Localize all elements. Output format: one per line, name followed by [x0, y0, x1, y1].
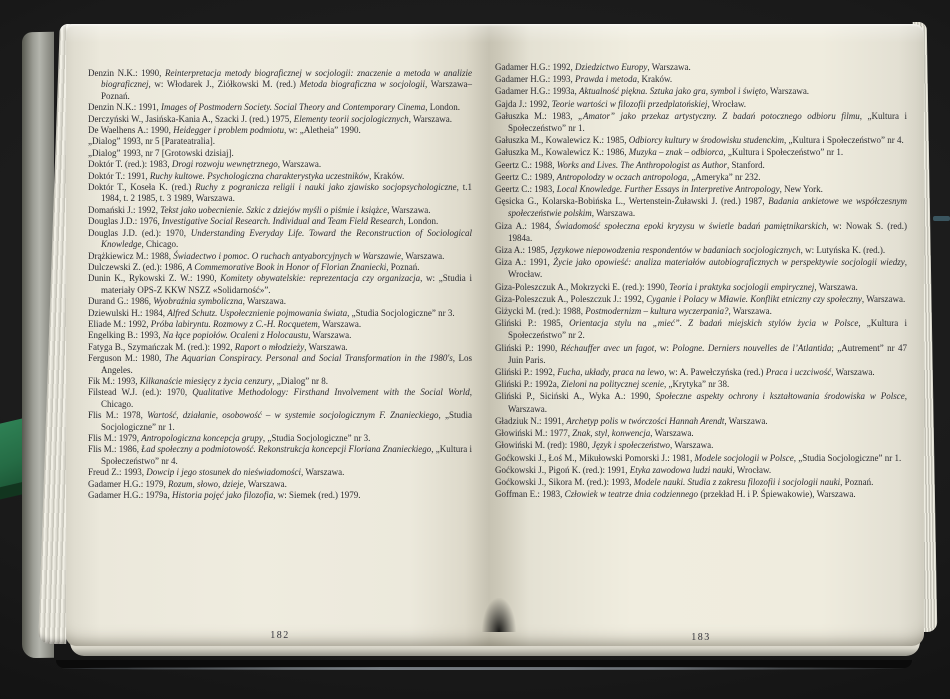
entry-title-italic: Społeczne aspekty ochrony i kształtowani…	[656, 391, 905, 401]
entry-text: Domański J.: 1992,	[88, 205, 160, 215]
entry-title-italic: Antropolodzy w oczach antropologa	[557, 172, 687, 182]
entry-text: Denzin N.K.: 1990,	[88, 68, 165, 78]
page-number-left: 182	[88, 630, 472, 641]
entry-text: Dulczewski Z. (ed.): 1986,	[88, 262, 187, 272]
entry-text: Geertz C.: 1988,	[495, 160, 557, 170]
entry-title-italic: Local Knowledge. Further Essays in Inter…	[557, 184, 780, 194]
entry-text: Freud Z.: 1993,	[88, 467, 146, 477]
entry-text: , w: Siemek (red.) 1979.	[273, 490, 360, 500]
entry-text: , Warszawa.	[318, 319, 361, 329]
entry-text: , Warszawa.	[409, 114, 452, 124]
bibliography-entry: Doktór T. (red.): 1983, Drogi rozwoju we…	[88, 159, 472, 170]
entry-text: , Warszawa.	[243, 479, 286, 489]
entry-text: , Warszawa.	[766, 86, 809, 96]
entry-text: , „Kultura i Społeczeństwo” nr 4.	[784, 135, 904, 145]
entry-text: , w: A. Pawełczyńska (red.)	[664, 367, 765, 377]
entry-title-italic: The Aquarian Conspiracy. Personal and So…	[165, 353, 453, 363]
entry-text: , Warszawa.	[862, 294, 905, 304]
bibliography-entry: Denzin N.K.: 1990, Reinterpretacja metod…	[88, 68, 472, 102]
entry-text: , Warszawa.	[301, 467, 344, 477]
entry-title-italic: Kilkanaście miesięcy z życia cenzury	[140, 376, 272, 386]
bibliography-entry: Gadamer H.G.: 1992, Dziedzictwo Europy, …	[495, 61, 907, 73]
bibliography-entry: Giza-Poleszczuk A., Poleszczuk J.: 1992,…	[495, 293, 907, 305]
entry-text: Douglas J.D.: 1976,	[88, 216, 162, 226]
entry-text: Gliński P.: 1985,	[495, 318, 569, 328]
bibliography-entry: Gadamer H.G.: 1993, Prawda i metoda, Kra…	[495, 73, 907, 85]
entry-title-italic: Antropologiczna koncepcja grupy	[141, 433, 263, 443]
bibliography-entry: Goćkowski J., Łoś M., Mikułowski Pomorsk…	[495, 452, 907, 464]
entry-text: , „Ameryka” nr 232.	[687, 172, 761, 182]
entry-title-italic: Pologne. Derniers nouvelles de l’Atlanti…	[672, 343, 831, 353]
entry-text: Goćkowski J., Pigoń K. (red.): 1991,	[495, 465, 630, 475]
bibliography-entry: Eliade M.: 1992, Próba labiryntu. Rozmow…	[88, 319, 472, 330]
book-gutter-shadow	[482, 598, 516, 632]
entry-title-italic: Teorie wartości w filozofii przedplatońs…	[552, 99, 708, 109]
entry-text: , Warszawa.	[387, 205, 430, 215]
bibliography-entry: Giżycki M. (red.): 1988, Postmodernizm –…	[495, 305, 907, 317]
entry-text: , Kraków.	[369, 171, 404, 181]
bibliography-entry: Gadamer H.G.: 1979, Rozum, słowo, dzieje…	[88, 479, 472, 490]
entry-title-italic: Aktualność piękna. Sztuka jako gra, symb…	[579, 86, 766, 96]
entry-text: , Poznań.	[840, 477, 873, 487]
entry-text: Giza A.: 1991,	[495, 257, 553, 267]
entry-text: Gałuszka M.: 1983,	[495, 111, 578, 121]
photo-background: Denzin N.K.: 1990, Reinterpretacja metod…	[0, 0, 950, 699]
bibliography-entry: Goćkowski J., Pigoń K. (red.): 1991, Ety…	[495, 464, 907, 476]
bibliography-entry: Giza-Poleszczuk A., Mokrzycki E. (red.):…	[495, 281, 907, 293]
bibliography-entry: Goćkowski J., Sikora M. (red.): 1993, Mo…	[495, 476, 907, 488]
entry-text: Gładziuk N.: 1991,	[495, 416, 566, 426]
entry-text: Durand G.: 1986,	[88, 296, 153, 306]
entry-text: , Warszawa.	[243, 296, 286, 306]
bibliography-entry: Gadamer H.G.: 1979a, Historia pojęć jako…	[88, 490, 472, 501]
entry-text: Gadamer H.G.: 1979,	[88, 479, 168, 489]
entry-text: Engelking B.: 1993,	[88, 330, 163, 340]
bibliography-entry: Gliński P., Siciński A., Wyka A.: 1990, …	[495, 390, 907, 414]
bibliography-list-left-page: Denzin N.K.: 1990, Reinterpretacja metod…	[88, 68, 472, 501]
entry-title-italic: Modele nauki. Studia z zakresu filozofii…	[634, 477, 840, 487]
entry-text: Drążkiewicz M.: 1988,	[88, 251, 173, 261]
entry-text: Flis M.: 1979,	[88, 433, 141, 443]
entry-title-italic: Qualitative Methodology: Firsthand Invol…	[192, 387, 469, 397]
entry-text: , Warszawa.	[592, 208, 635, 218]
entry-title-italic: Cyganie i Polacy w Mławie. Konflikt etni…	[646, 294, 862, 304]
entry-text: Gęsicka G., Kolarska-Bobińska L., Werten…	[495, 196, 768, 206]
entry-text: Eliade M.: 1992,	[88, 319, 151, 329]
entry-text: Gałuszka M., Kowalewicz K.: 1985,	[495, 135, 629, 145]
entry-title-italic: Teoria i praktyka socjologii empirycznej	[669, 282, 814, 292]
entry-title-italic: Orientacja stylu na „mieć”. Z badań miej…	[569, 318, 858, 328]
bibliography-entry: Fik M.: 1993, Kilkanaście miesięcy z życ…	[88, 376, 472, 387]
bibliography-entry: De Waelhens A.: 1990, Heidegger i proble…	[88, 125, 472, 136]
bibliography-entry: Drążkiewicz M.: 1988, Świadectwo i pomoc…	[88, 251, 472, 262]
entry-title-italic: Ruchy z pogranicza religii i nauki jako …	[195, 182, 457, 192]
bibliography-entry: Dziewulski H.: 1984, Alfred Schutz. Uspo…	[88, 308, 472, 319]
bibliography-entry: Głowiński M.: 1977, Znak, styl, konwencj…	[495, 427, 907, 439]
entry-text: Giza-Poleszczuk A., Mokrzycki E. (red.):…	[495, 282, 669, 292]
entry-title-italic: Réchauffer avec un fagot	[561, 343, 655, 353]
bibliography-entry: „Dialog” 1993, nr 7 [Grotowski dzisiaj].	[88, 148, 472, 159]
entry-text: , w: Lutyńska K. (red.).	[801, 245, 885, 255]
entry-title-italic: Images of Postmodern Society. Social The…	[161, 102, 425, 112]
bibliography-entry: Engelking B.: 1993, Na łące popiołów. Oc…	[88, 330, 472, 341]
bibliography-entry: Gładziuk N.: 1991, Archetyp polis w twór…	[495, 415, 907, 427]
entry-title-italic: Archetyp polis w twórczości Hannah Arend…	[566, 416, 724, 426]
entry-text: Gliński P.: 1992a,	[495, 379, 561, 389]
entry-text: , w: „Aletheia” 1990.	[284, 125, 361, 135]
entry-title-italic: Językowe niepowodzenia respondentów w ba…	[550, 245, 801, 255]
entry-text: (przekład H. i P. Śpiewakowie), Warszawa…	[698, 489, 856, 499]
entry-text: Gadamer H.G.: 1979a,	[88, 490, 172, 500]
bibliography-entry: Geertz C.: 1983, Local Knowledge. Furthe…	[495, 183, 907, 195]
entry-title-italic: Drogi rozwoju wewnętrznego	[172, 159, 278, 169]
entry-text: Doktór T.: 1991,	[88, 171, 150, 181]
entry-title-italic: Praca i uczciwość	[766, 367, 832, 377]
bibliography-entry: Doktór T., Koseła K. (red.) Ruchy z pogr…	[88, 182, 472, 205]
entry-text: , Warszawa.	[308, 330, 351, 340]
entry-text: Gliński P.: 1992,	[495, 367, 557, 377]
entry-text: Giza A.: 1984,	[495, 221, 555, 231]
bibliography-entry: Giza A.: 1985, Językowe niepowodzenia re…	[495, 244, 907, 256]
entry-title-italic: Dziedzictwo Europy	[575, 62, 647, 72]
bibliography-entry: Douglas J.D. (ed.): 1970, Understanding …	[88, 228, 472, 251]
entry-text: Ferguson M.: 1980,	[88, 353, 165, 363]
entry-title-italic: Alfred Schutz. Uspołecznienie pojmowania…	[167, 308, 347, 318]
entry-text: Goćkowski J., Łoś M., Mikułowski Pomorsk…	[495, 453, 695, 463]
open-book: Denzin N.K.: 1990, Reinterpretacja metod…	[22, 16, 934, 670]
bibliography-entry: Geertz C.: 1988, Works and Lives. The An…	[495, 159, 907, 171]
entry-title-italic: A Commemorative Book in Honor of Florian…	[187, 262, 387, 272]
bibliography-entry: Gęsicka G., Kolarska-Bobińska L., Werten…	[495, 195, 907, 219]
entry-title-italic: Modele socjologii w Polsce	[695, 453, 794, 463]
entry-title-italic: „Amator” jako przekaz artystyczny. Z bad…	[578, 111, 860, 121]
bibliography-entry: Dulczewski Z. (ed.): 1986, A Commemorati…	[88, 262, 472, 273]
entry-text: Geertz C.: 1989,	[495, 172, 557, 182]
entry-title-italic: Życie jako opowieść: analiza materiałów …	[553, 257, 905, 267]
entry-title-italic: Elementy teorii socjologicznych	[294, 114, 409, 124]
entry-text: Geertz C.: 1983,	[495, 184, 557, 194]
entry-title-italic: Raport o młodzieży	[235, 342, 305, 352]
bibliography-entry: Gliński P.: 1992a, Zieloni na polityczne…	[495, 378, 907, 390]
bibliography-entry: Ferguson M.: 1980, The Aquarian Conspira…	[88, 353, 472, 376]
entry-title-italic: Etyka zawodowa ludzi nauki	[630, 465, 733, 475]
entry-text: Gajda J.: 1992,	[495, 99, 552, 109]
entry-text: Doktór T., Koseła K. (red.)	[88, 182, 195, 192]
entry-text: , Kraków.	[637, 74, 672, 84]
bibliography-entry: Gliński P.: 1985, Orientacja stylu na „m…	[495, 317, 907, 341]
entry-title-italic: Investigative Social Research. Individua…	[162, 216, 403, 226]
bibliography-entry: Gałuszka M., Kowalewicz K.: 1986, Muzyka…	[495, 146, 907, 158]
bibliography-entry: Domański J.: 1992, Tekst jako uobecnieni…	[88, 205, 472, 216]
page-number-right: 183	[495, 632, 907, 643]
entry-title-italic: Próba labiryntu. Rozmowy z C.-H. Rocquet…	[151, 319, 318, 329]
entry-text: , Warszawa.	[831, 367, 874, 377]
entry-title-italic: Muzyka – znak – odbiorca	[629, 147, 724, 157]
entry-text: , Warszawa.	[728, 306, 771, 316]
entry-text: , Warszawa.	[401, 251, 444, 261]
bibliography-entry: Douglas J.D.: 1976, Investigative Social…	[88, 216, 472, 227]
entry-text: Goćkowski J., Sikora M. (red.): 1993,	[495, 477, 634, 487]
entry-title-italic: Komitety obywatelskie: reprezentacja czy…	[220, 273, 420, 283]
bibliography-entry: Gajda J.: 1992, Teorie wartości w filozo…	[495, 98, 907, 110]
entry-title-italic: Prawda i metoda	[575, 74, 637, 84]
entry-text: Dziewulski H.: 1984,	[88, 308, 167, 318]
entry-title-italic: Człowiek w teatrze dnia codziennego	[565, 489, 698, 499]
entry-title-italic: Na łące popiołów. Ocaleni z Holocaustu	[163, 330, 308, 340]
bibliography-entry: Dunin K., Rykowski Z. W.: 1990, Komitety…	[88, 273, 472, 296]
entry-text: Filstead W.J. (ed.): 1970,	[88, 387, 192, 397]
entry-title-italic: Wartość, działanie, osobowość – w system…	[147, 410, 438, 420]
entry-text: Gliński P.: 1990,	[495, 343, 561, 353]
entry-text: Giza-Poleszczuk A., Poleszczuk J.: 1992,	[495, 294, 646, 304]
bibliography-entry: Flis M.: 1986, Ład społeczny a podmiotow…	[88, 444, 472, 467]
entry-title-italic: Ład społeczny a podmiotowość. Rekonstruk…	[141, 444, 431, 454]
entry-text: Flis M.: 1978,	[88, 410, 147, 420]
entry-text: Głowiński M.: 1977,	[495, 428, 572, 438]
entry-text: , „Studia Socjologiczne” nr 1.	[794, 453, 901, 463]
bibliography-entry: Durand G.: 1986, Wyobraźnia symboliczna,…	[88, 296, 472, 307]
bibliography-entry: Gliński P.: 1992, Fucha, układy, praca n…	[495, 366, 907, 378]
entry-title-italic: Świadectwo i pomoc. O ruchach antyaborcy…	[173, 251, 401, 261]
entry-text: , Warszawa.	[650, 428, 693, 438]
entry-title-italic: Fucha, układy, praca na lewo	[557, 367, 664, 377]
entry-text: , Wrocław.	[733, 465, 772, 475]
entry-title-italic: Postmodernizm – kultura wyczerpania?	[585, 306, 728, 316]
entry-title-italic: Historia pojęć jako filozofia	[172, 490, 273, 500]
bibliography-entry: Gałuszka M.: 1983, „Amator” jako przekaz…	[495, 110, 907, 134]
entry-text: Fik M.: 1993,	[88, 376, 140, 386]
bibliography-entry: Giza A.: 1984, Świadomość społeczna epok…	[495, 220, 907, 244]
bibliography-entry: Denzin N.K.: 1991, Images of Postmodern …	[88, 102, 472, 113]
entry-text: Fatyga B., Szymańczak M. (red.): 1992,	[88, 342, 235, 352]
entry-title-italic: Works and Lives. The Anthropologist as A…	[557, 160, 727, 170]
entry-text: , „Krytyka” nr 38.	[664, 379, 729, 389]
entry-title-italic: Wyobraźnia symboliczna	[153, 296, 242, 306]
entry-text: Flis M.: 1986,	[88, 444, 141, 454]
entry-text: , „Studia Socjologiczne” nr 3.	[263, 433, 370, 443]
entry-text: , „Dialog” nr 8.	[272, 376, 328, 386]
entry-text: , Chicago.	[142, 239, 179, 249]
entry-title-italic: Heidegger i problem podmiotu	[173, 125, 284, 135]
bibliography-entry: Geertz C.: 1989, Antropolodzy w oczach a…	[495, 171, 907, 183]
bibliography-entry: „Dialog” 1993, nr 5 [Parateatralia].	[88, 136, 472, 147]
background-highlight	[933, 216, 950, 221]
entry-text: Doktór T. (red.): 1983,	[88, 159, 172, 169]
entry-text: Gadamer H.G.: 1992,	[495, 62, 575, 72]
entry-text: , Warszawa.	[304, 342, 347, 352]
bibliography-entry: Derczyński W., Jasińska-Kania A., Szacki…	[88, 114, 472, 125]
bibliography-entry: Doktór T.: 1991, Ruchy kultowe. Psycholo…	[88, 171, 472, 182]
entry-text: Giza A.: 1985,	[495, 245, 550, 255]
bibliography-entry: Filstead W.J. (ed.): 1970, Qualitative M…	[88, 387, 472, 410]
entry-text: „Dialog” 1993, nr 7 [Grotowski dzisiaj].	[88, 148, 234, 158]
entry-title-italic: Rozum, słowo, dzieje	[168, 479, 244, 489]
entry-text: , w: Włodarek J., Ziółkowski M. (red.)	[149, 79, 300, 89]
entry-title-italic: Zieloni na politycznej scenie	[561, 379, 664, 389]
bibliography-entry: Giza A.: 1991, Życie jako opowieść: anal…	[495, 256, 907, 280]
entry-text: Gadamer H.G.: 1993,	[495, 74, 575, 84]
entry-text: , Warszawa.	[670, 440, 713, 450]
entry-text: , Warszawa.	[724, 416, 767, 426]
entry-text: Gadamer H.G.: 1993a,	[495, 86, 579, 96]
entry-text: Douglas J.D. (ed.): 1970,	[88, 228, 191, 238]
book-cover-bottom-highlight	[62, 667, 904, 670]
bibliography-entry: Goffman E.: 1983, Człowiek w teatrze dni…	[495, 488, 907, 500]
bibliography-entry: Gadamer H.G.: 1993a, Aktualność piękna. …	[495, 85, 907, 97]
entry-text: Gliński P., Siciński A., Wyka A.: 1990,	[495, 391, 656, 401]
entry-title-italic: Znak, styl, konwencja	[572, 428, 650, 438]
entry-text: , „Kultura i Społeczeństwo” nr 1.	[723, 147, 843, 157]
entry-text: , New York.	[780, 184, 823, 194]
entry-text: , Warszawa.	[647, 62, 690, 72]
entry-text: , London.	[403, 216, 438, 226]
open-pages: Denzin N.K.: 1990, Reinterpretacja metod…	[66, 24, 924, 646]
entry-text: , „Studia Socjologiczne” nr 3.	[347, 308, 454, 318]
entry-text: , Warszawa.	[278, 159, 321, 169]
entry-title-italic: Metoda biograficzna w socjologii	[300, 79, 425, 89]
entry-text: Derczyński W., Jasińska-Kania A., Szacki…	[88, 114, 294, 124]
entry-text: „Dialog” 1993, nr 5 [Parateatralia].	[88, 136, 215, 146]
bibliography-entry: Gałuszka M., Kowalewicz K.: 1985, Odbior…	[495, 134, 907, 146]
bibliography-entry: Freud Z.: 1993, Dowcip i jego stosunek d…	[88, 467, 472, 478]
entry-text: , Warszawa.	[814, 282, 857, 292]
entry-title-italic: Odbiorcy kultury w środowisku studenckim	[629, 135, 784, 145]
bibliography-entry: Flis M.: 1979, Antropologiczna koncepcja…	[88, 433, 472, 444]
entry-text: , Poznań.	[386, 262, 419, 272]
bibliography-list-right-page: Gadamer H.G.: 1992, Dziedzictwo Europy, …	[495, 61, 907, 500]
entry-text: , w:	[654, 343, 672, 353]
entry-title-italic: Tekst jako uobecnienie. Szkic z dziejów …	[160, 205, 387, 215]
entry-text: Denzin N.K.: 1991,	[88, 102, 161, 112]
bibliography-entry: Głowiński M. (red): 1980, Język i społec…	[495, 439, 907, 451]
entry-title-italic: Świadomość społeczna epoki kryzysu w świ…	[555, 221, 826, 231]
entry-text: Giżycki M. (red.): 1988,	[495, 306, 585, 316]
bibliography-entry: Flis M.: 1978, Wartość, działanie, osobo…	[88, 410, 472, 433]
entry-title-italic: Ruchy kultowe. Psychologiczna charaktery…	[150, 171, 369, 181]
entry-title-italic: Język i społeczeństwo	[592, 440, 670, 450]
entry-text: , London.	[425, 102, 460, 112]
entry-text: Głowiński M. (red): 1980,	[495, 440, 592, 450]
entry-text: Dunin K., Rykowski Z. W.: 1990,	[88, 273, 220, 283]
entry-text: , Stanford.	[727, 160, 765, 170]
bibliography-entry: Gliński P.: 1990, Réchauffer avec un fag…	[495, 342, 907, 366]
bibliography-entry: Fatyga B., Szymańczak M. (red.): 1992, R…	[88, 342, 472, 353]
entry-text: , Wrocław.	[707, 99, 746, 109]
entry-title-italic: Dowcip i jego stosunek do nieświadomości	[146, 467, 301, 477]
entry-text: Gałuszka M., Kowalewicz K.: 1986,	[495, 147, 629, 157]
entry-text: Goffman E.: 1983,	[495, 489, 565, 499]
entry-text: De Waelhens A.: 1990,	[88, 125, 173, 135]
